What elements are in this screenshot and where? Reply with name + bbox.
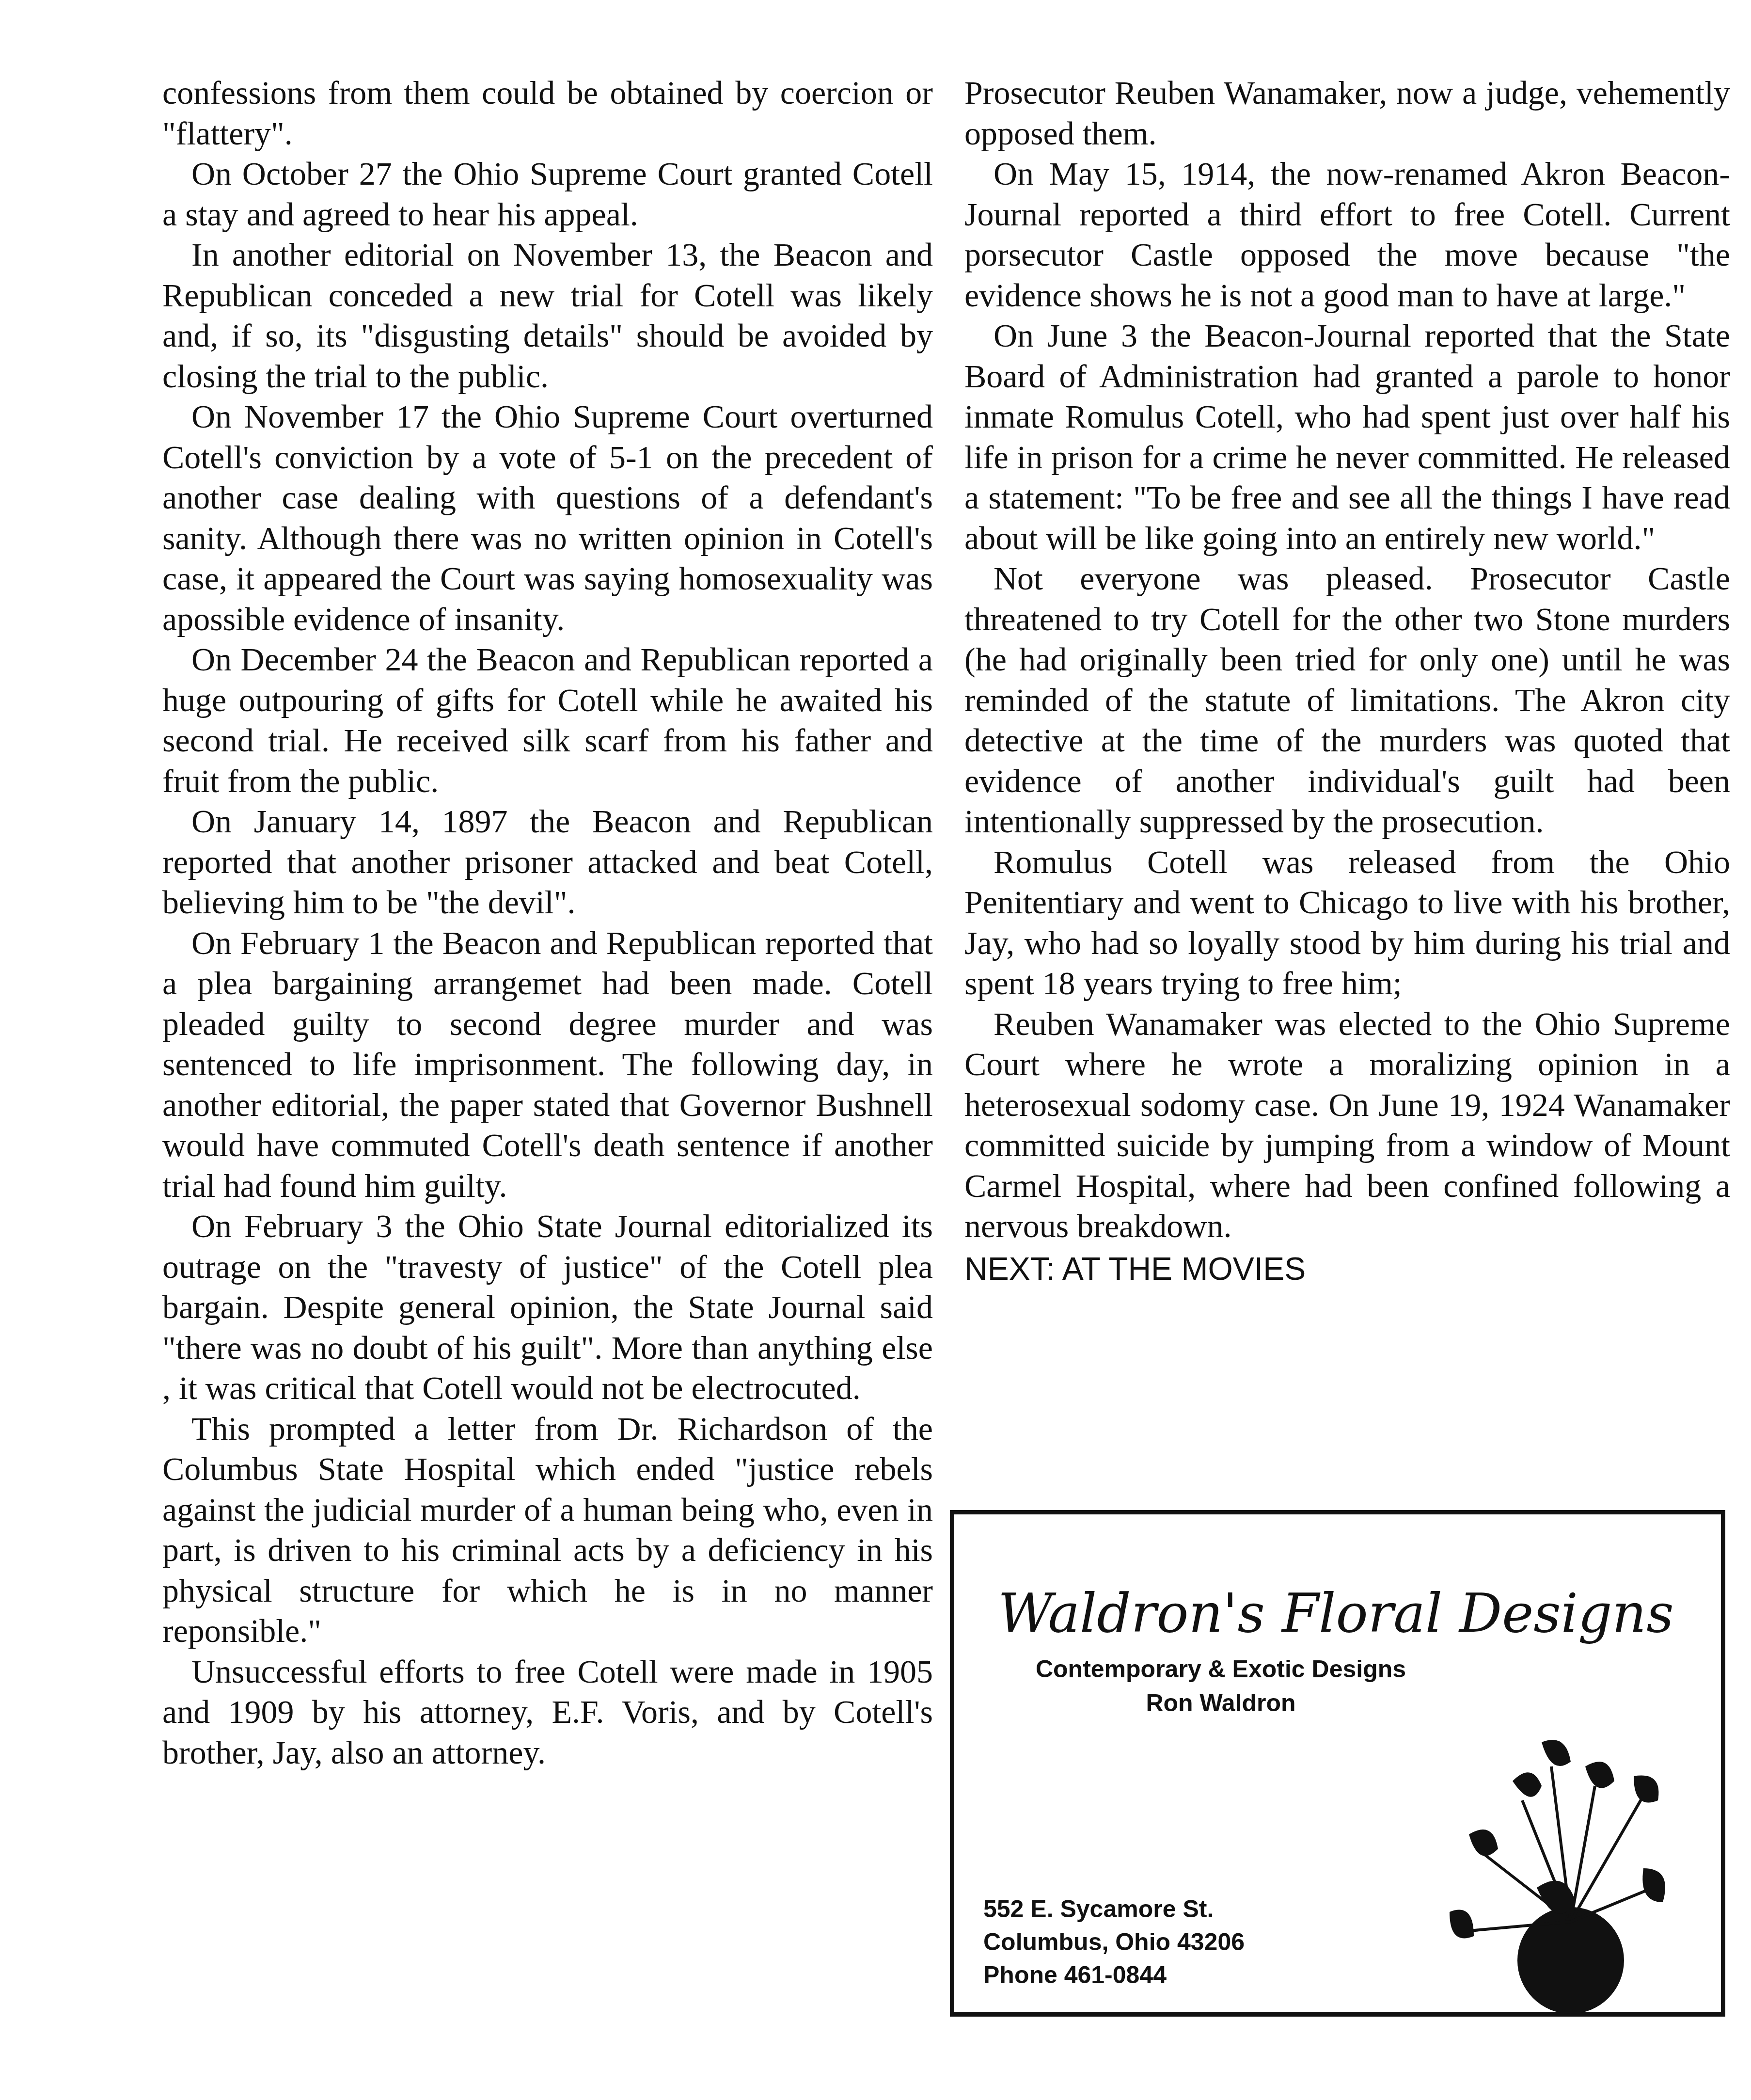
phone-number: Phone 461-0844 bbox=[983, 1958, 1245, 1991]
next-installment-label: NEXT: AT THE MOVIES bbox=[964, 1249, 1730, 1289]
ad-address: 552 E. Sycamore St. Columbus, Ohio 43206… bbox=[983, 1893, 1245, 1991]
paragraph: confessions from them could be obtained … bbox=[162, 73, 933, 154]
paragraph: Unsuccessful efforts to free Cotell were… bbox=[162, 1652, 933, 1773]
paragraph: On November 17 the Ohio Supreme Court ov… bbox=[162, 397, 933, 639]
left-column: confessions from them could be obtained … bbox=[162, 73, 933, 1773]
florist-advertisement: Waldron's Floral Designs Contemporary & … bbox=[950, 1510, 1725, 2017]
ad-title: Waldron's Floral Designs bbox=[998, 1582, 1674, 1644]
paragraph: Romulus Cotell was released from the Ohi… bbox=[964, 842, 1730, 1004]
paragraph: Not everyone was pleased. Prosecutor Cas… bbox=[964, 558, 1730, 842]
paragraph: In another editorial on November 13, the… bbox=[162, 235, 933, 397]
address-street: 552 E. Sycamore St. bbox=[983, 1893, 1245, 1925]
address-city: Columbus, Ohio 43206 bbox=[983, 1925, 1245, 1958]
paragraph: On May 15, 1914, the now-renamed Akron B… bbox=[964, 154, 1730, 316]
paragraph: On February 3 the Ohio State Journal edi… bbox=[162, 1206, 933, 1409]
paragraph: Reuben Wanamaker was elected to the Ohio… bbox=[964, 1004, 1730, 1247]
calla-lily-vase-icon bbox=[1425, 1728, 1677, 2019]
ad-owner: Ron Waldron bbox=[954, 1689, 1487, 1717]
paragraph: On December 24 the Beacon and Republican… bbox=[162, 639, 933, 801]
ad-subtitle: Contemporary & Exotic Designs bbox=[954, 1655, 1487, 1683]
paragraph: On February 1 the Beacon and Republican … bbox=[162, 923, 933, 1207]
paragraph: This prompted a letter from Dr. Richards… bbox=[162, 1409, 933, 1652]
paragraph: Prosecutor Reuben Wanamaker, now a judge… bbox=[964, 73, 1730, 154]
paragraph: On October 27 the Ohio Supreme Court gra… bbox=[162, 154, 933, 235]
paragraph: On June 3 the Beacon-Journal reported th… bbox=[964, 316, 1730, 558]
right-column: Prosecutor Reuben Wanamaker, now a judge… bbox=[964, 73, 1730, 1289]
paragraph: On January 14, 1897 the Beacon and Repub… bbox=[162, 801, 933, 923]
